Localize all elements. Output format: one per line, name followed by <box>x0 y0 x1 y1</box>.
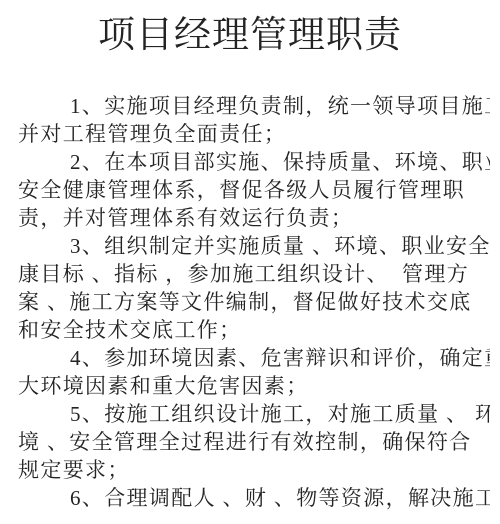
text-line-item2-1: 2、在本项目部实施、保持质量、环境、职业 <box>18 148 490 176</box>
document-body: 1、实施项目经理负责制，统一领导项目施工并对工程管理负全面责任；2、在本项目部实… <box>0 92 500 512</box>
text-line-item1-2: 并对工程管理负全面责任； <box>18 120 490 148</box>
text-line-item3-2: 康目标 、指标 ，参加施工组织设计、 管理方 <box>18 260 490 288</box>
text-line-item6-1: 6、合理调配人 、财 、物等资源，解决施工生 <box>18 484 490 512</box>
text-line-item2-3: 责，并对管理体系有效运行负责； <box>18 204 490 232</box>
page-title: 项目经理管理职责 <box>0 0 500 60</box>
text-line-item4-2: 大环境因素和重大危害因素； <box>18 372 490 400</box>
document-page: 项目经理管理职责 1、实施项目经理负责制，统一领导项目施工并对工程管理负全面责任… <box>0 0 500 524</box>
text-line-item3-1: 3、组织制定并实施质量 、环境、职业安全健 <box>18 232 490 260</box>
text-line-item1-1: 1、实施项目经理负责制，统一领导项目施工 <box>18 92 490 120</box>
text-line-item5-1: 5、按施工组织设计施工，对施工质量 、 环 <box>18 400 490 428</box>
text-line-item2-2: 安全健康管理体系，督促各级人员履行管理职 <box>18 176 490 204</box>
text-line-item3-3: 案 、施工方案等文件编制，督促做好技术交底 <box>18 288 490 316</box>
text-line-item3-4: 和安全技术交底工作； <box>18 316 490 344</box>
text-line-item4-1: 4、参加环境因素、危害辩识和评价，确定重 <box>18 344 490 372</box>
text-line-item5-2: 境 、安全管理全过程进行有效控制，确保符合 <box>18 428 490 456</box>
text-line-item5-3: 规定要求； <box>18 456 490 484</box>
